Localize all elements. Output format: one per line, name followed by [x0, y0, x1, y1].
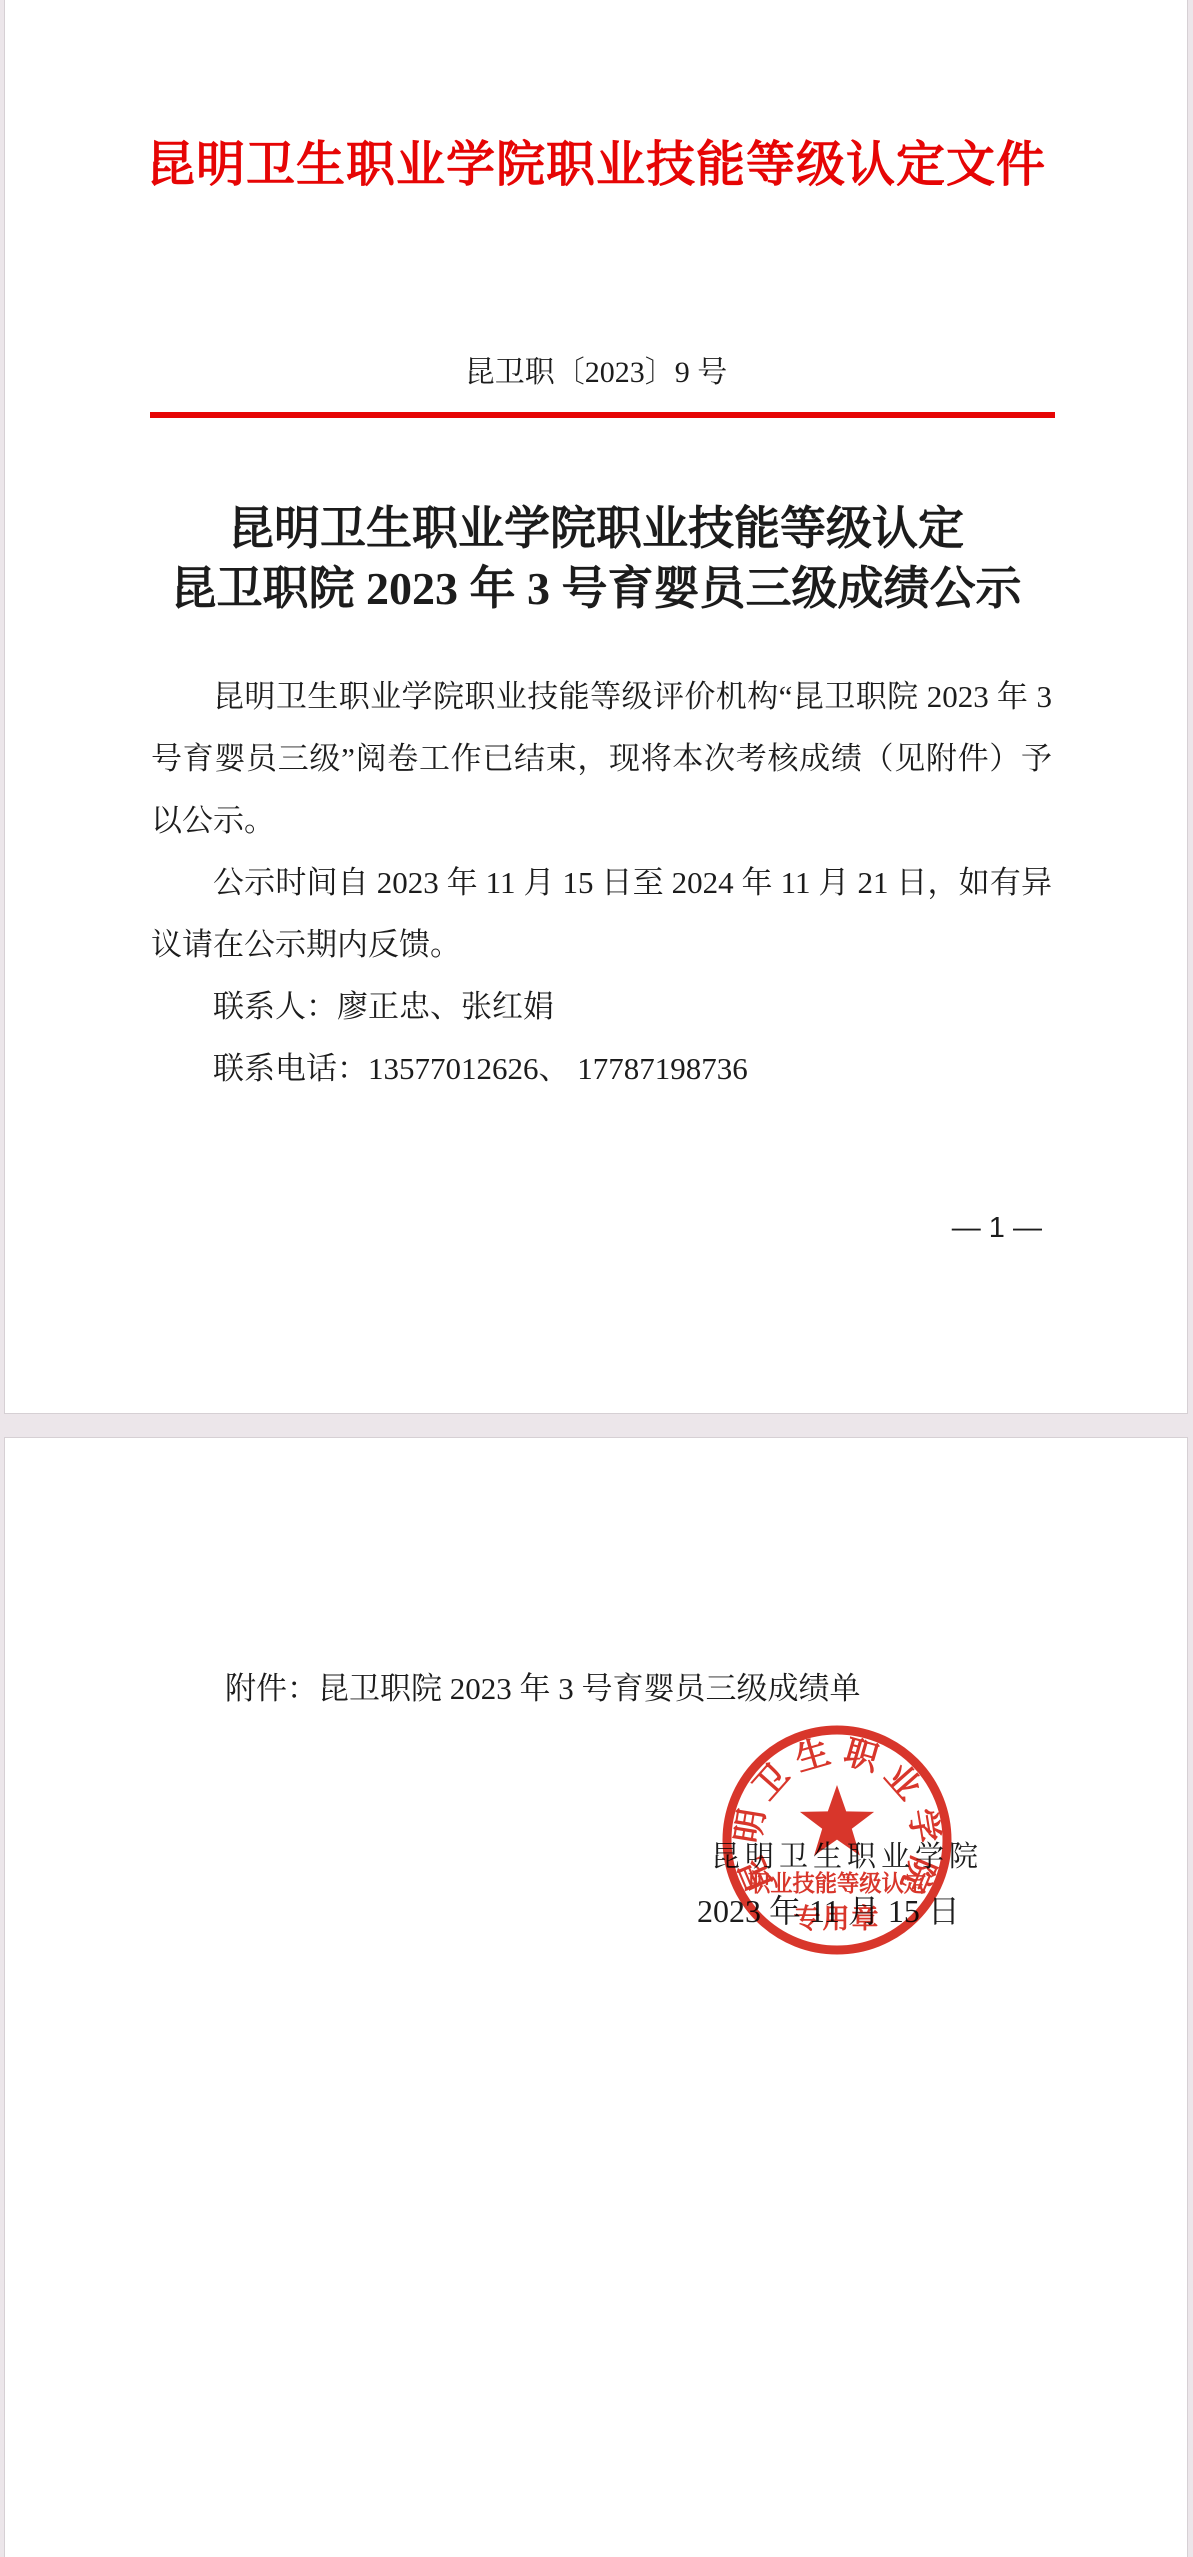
document-title-line2: 昆卫职院 2023 年 3 号育婴员三级成绩公示 [5, 559, 1187, 619]
document-title: 昆明卫生职业学院职业技能等级认定 昆卫职院 2023 年 3 号育婴员三级成绩公… [5, 499, 1187, 619]
page-number: — 1 — [952, 1212, 1042, 1245]
page-1: 昆明卫生职业学院职业技能等级认定文件 昆卫职〔2023〕9 号 昆明卫生职业学院… [4, 0, 1188, 1414]
paragraph-contact-phone: 联系电话：13577012626、 17787198736 [151, 1038, 1052, 1100]
paragraph-intro: 昆明卫生职业学院职业技能等级评价机构“昆卫职院 2023 年 3 号育婴员三级”… [151, 666, 1052, 852]
letterhead-title: 昆明卫生职业学院职业技能等级认定文件 [5, 126, 1187, 196]
stamp-line1-text: 职业技能等级认定 [748, 1870, 926, 1896]
official-seal-stamp: 昆明卫生职业学院 职业技能等级认定 专用章 [718, 1721, 956, 1959]
stamp-line2-text: 专用章 [794, 1903, 881, 1934]
paragraph-contact-person: 联系人：廖正忠、张红娟 [151, 976, 1052, 1038]
stamp-arc-char: 学 [902, 1806, 945, 1846]
page-2: 附件：昆卫职院 2023 年 3 号育婴员三级成绩单 昆明卫生职业学院 2023… [4, 1437, 1188, 2557]
doc-number: 昆卫职〔2023〕9 号 [5, 347, 1187, 391]
paragraph-publicity-period: 公示时间自 2023 年 11 月 15 日至 2024 年 11 月 21 日… [151, 852, 1052, 976]
document-title-line1: 昆明卫生职业学院职业技能等级认定 [5, 499, 1187, 559]
stamp-star-icon [800, 1785, 874, 1856]
body-text: 昆明卫生职业学院职业技能等级评价机构“昆卫职院 2023 年 3 号育婴员三级”… [151, 666, 1052, 1100]
stamp-arc-char: 明 [729, 1806, 772, 1846]
attachment-line: 附件：昆卫职院 2023 年 3 号育婴员三级成绩单 [225, 1663, 861, 1708]
red-divider-line [150, 412, 1055, 418]
